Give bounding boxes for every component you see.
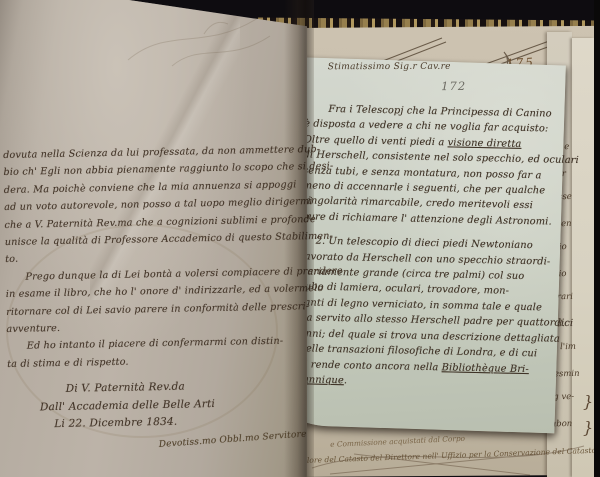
brace-mark: } (583, 392, 593, 411)
letter-line-text: . (344, 375, 347, 386)
underlined-phrase: visione diretta (448, 137, 522, 150)
book-gutter-shadow (284, 0, 314, 477)
overlay-letter-sheet: Stimatissimo Sig.r Cav.re 172 Fra i Tele… (282, 57, 565, 433)
letter-line-text: Oltre quello di venti piedi a (304, 134, 448, 148)
underlined-phrase: Bibliothèque Bri- (442, 362, 529, 375)
backdrop-edge (594, 0, 600, 477)
letter-line-text: si rende conto ancora nella (299, 359, 442, 373)
left-letter-text: dovuta nella Scienza da lui professata, … (3, 141, 311, 453)
manuscript-photo: 175 to li tar e eder fosse assen igio og… (0, 0, 600, 477)
pencil-folio-number-172: 172 (441, 79, 466, 93)
letter-body: Fra i Telescopj che la Principessa di Ca… (299, 101, 557, 393)
text-fragment: resmin (550, 369, 594, 380)
letter-salutation: Stimatissimo Sig.r Cav.re (328, 62, 451, 72)
